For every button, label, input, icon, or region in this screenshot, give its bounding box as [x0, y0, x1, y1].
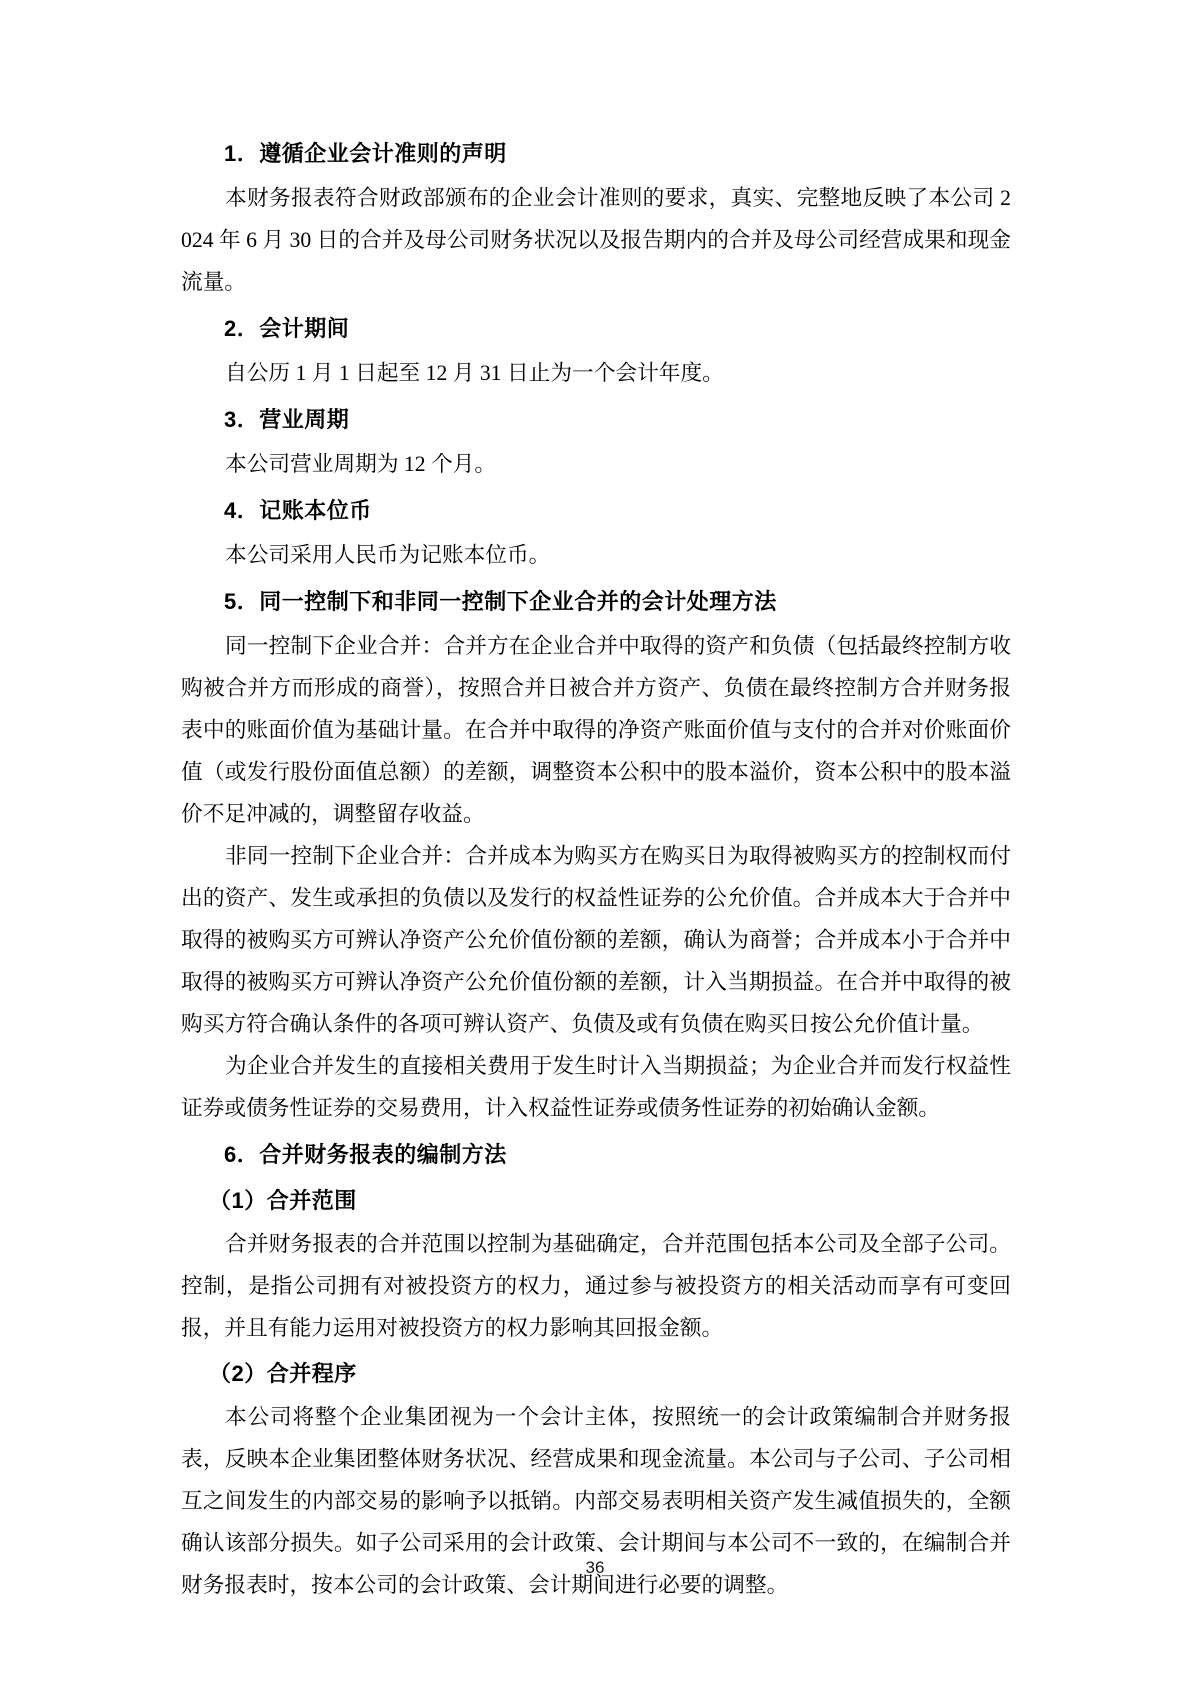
- paragraph: 同一控制下企业合并：合并方在企业合并中取得的资产和负债（包括最终控制方收购被合并…: [181, 625, 1011, 835]
- document-page: 1．遵循企业会计准则的声明本财务报表符合财政部颁布的企业会计准则的要求，真实、完…: [0, 0, 1190, 1683]
- section-heading-5: 5．同一控制下和非同一控制下企业合并的会计处理方法: [181, 581, 1011, 623]
- section-heading-4: 4．记账本位币: [181, 490, 1011, 532]
- paragraph: 本公司采用人民币为记账本位币。: [181, 534, 1011, 576]
- paragraph: 非同一控制下企业合并：合并成本为购买方在购买日为取得被购买方的控制权而付出的资产…: [181, 835, 1011, 1045]
- document-content: 1．遵循企业会计准则的声明本财务报表符合财政部颁布的企业会计准则的要求，真实、完…: [181, 128, 1011, 1606]
- section-heading-3: 3．营业周期: [181, 399, 1011, 441]
- paragraph: 自公历 1 月 1 日起至 12 月 31 日止为一个会计年度。: [181, 352, 1011, 394]
- paragraph: 合并财务报表的合并范围以控制为基础确定，合并范围包括本公司及全部子公司。控制，是…: [181, 1223, 1011, 1349]
- page-number: 36: [0, 1558, 1190, 1578]
- sub-heading-6-2: （2）合并程序: [181, 1353, 1011, 1395]
- section-heading-1: 1．遵循企业会计准则的声明: [181, 133, 1011, 175]
- sub-heading-6-1: （1）合并范围: [181, 1180, 1011, 1222]
- paragraph: 为企业合并发生的直接相关费用于发生时计入当期损益；为企业合并而发行权益性证券或债…: [181, 1045, 1011, 1129]
- paragraph: 本财务报表符合财政部颁布的企业会计准则的要求，真实、完整地反映了本公司 2024…: [181, 177, 1011, 303]
- section-heading-2: 2．会计期间: [181, 308, 1011, 350]
- section-heading-6: 6．合并财务报表的编制方法: [181, 1134, 1011, 1176]
- paragraph: 本公司营业周期为 12 个月。: [181, 443, 1011, 485]
